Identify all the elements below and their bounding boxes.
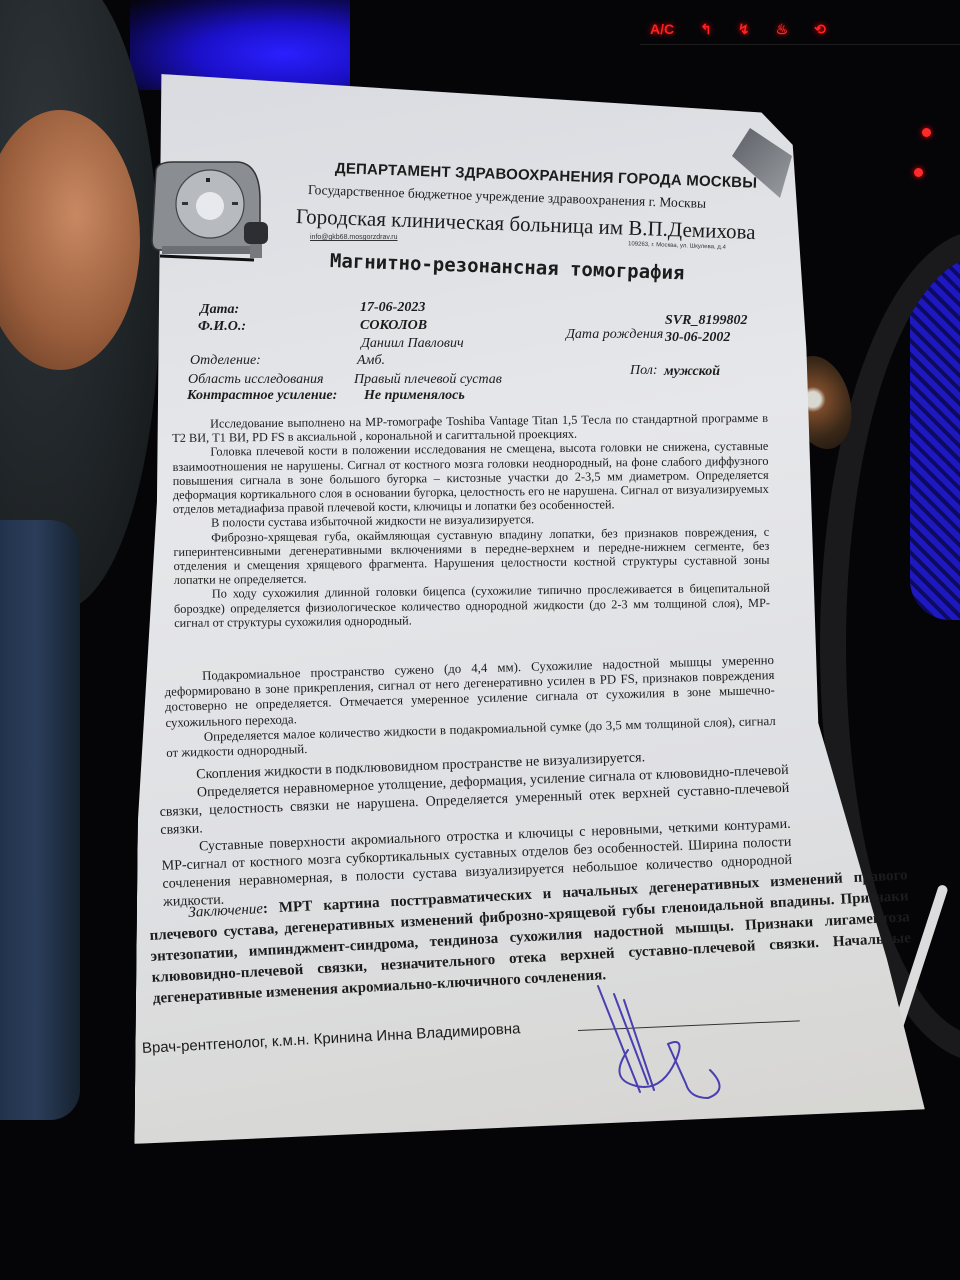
finding-paragraph: Фиброзно-хрящевая губа, окаймляющая суст… [173, 524, 770, 587]
department-label: Отделение: [190, 353, 261, 369]
patient-surname: СОКОЛОВ [360, 318, 427, 334]
hospital-email: info@gkb68.mosgorzdrav.ru [310, 234, 398, 241]
record-id: SVR_8199802 [665, 313, 747, 329]
contrast-value: Не применялось [364, 388, 465, 404]
birth-date-label: Дата рождения [566, 327, 663, 343]
department-value: Амб. [357, 353, 385, 369]
findings-middle: Подакромиальное пространство сужено (до … [164, 653, 776, 761]
finding-paragraph: По ходу сухожилия длинной головки бицепс… [174, 581, 770, 630]
sex-value: мужской [664, 364, 720, 380]
mri-report: ДЕПАРТАМЕНТ ЗДРАВООХРАНЕНИЯ ГОРОДА МОСКВ… [0, 0, 960, 1280]
finding-paragraph: Головка плечевой кости в положении иссле… [172, 439, 769, 516]
patient-given-names: Даниил Павлович [361, 336, 464, 352]
conclusion-label: Заключение [188, 901, 263, 921]
date-label: Дата: [200, 302, 239, 318]
sex-label: Пол: [630, 363, 658, 379]
signature-icon [590, 980, 740, 1110]
report-title: Магнитно-резонансная томография [330, 250, 685, 284]
area-label: Область исследования [188, 372, 324, 388]
date-value: 17-06-2023 [360, 300, 425, 316]
name-label: Ф.И.О.: [198, 319, 246, 335]
findings-upper: Исследование выполнено на МР-томографе T… [172, 411, 770, 630]
birth-date-value: 30-06-2002 [665, 330, 730, 346]
mri-scanner-logo-icon [148, 160, 273, 270]
conclusion-colon: : [263, 900, 280, 917]
area-value: Правый плечевой сустав [354, 372, 502, 388]
contrast-label: Контрастное усиление: [187, 388, 337, 404]
doctor-name: Врач-рентгенолог, к.м.н. Кринина Инна Вл… [142, 1020, 521, 1057]
